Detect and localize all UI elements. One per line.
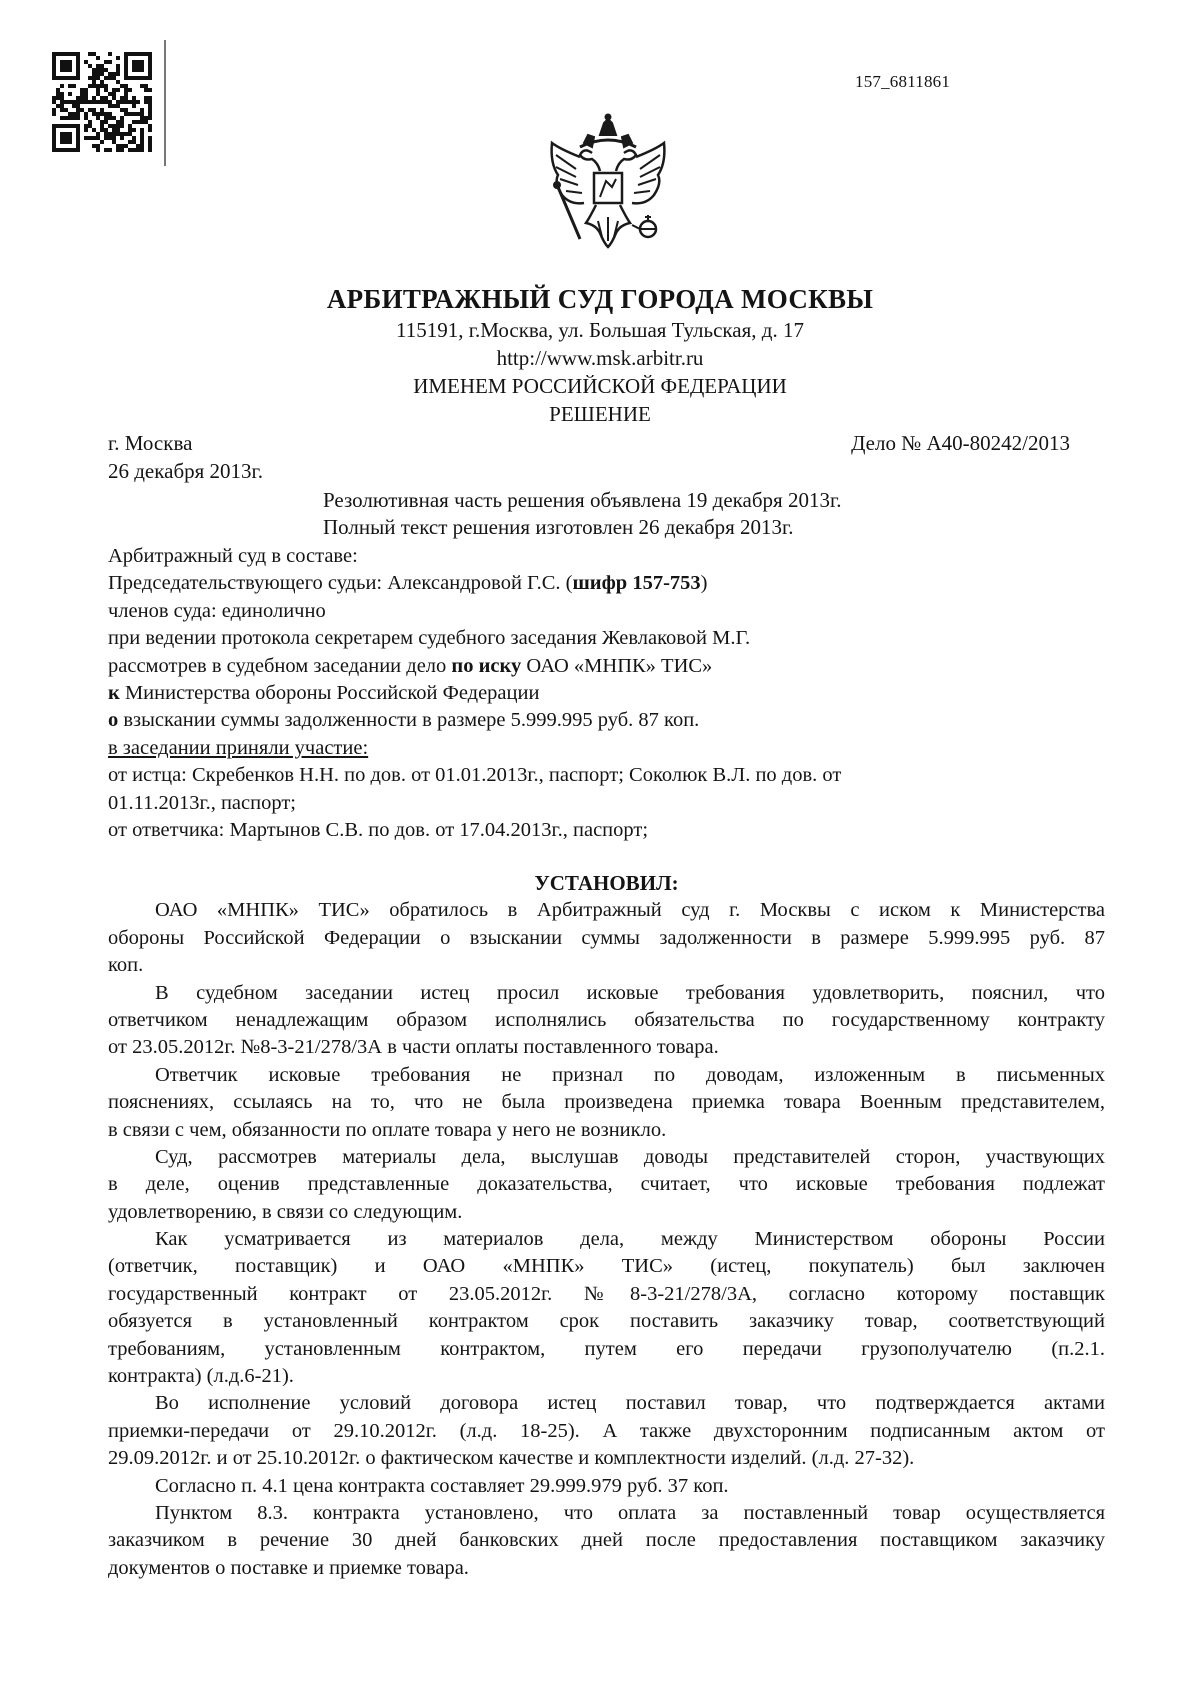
paragraph-line: В судебном заседании истец просил исковы… xyxy=(108,980,1105,1007)
in-name-of-federation: ИМЕНЕМ РОССИЙСКОЙ ФЕДЕРАЦИИ xyxy=(0,373,1200,400)
decision-date: 26 декабря 2013г. xyxy=(108,458,263,485)
court-address: 115191, г.Москва, ул. Большая Тульская, … xyxy=(0,317,1200,344)
paragraph: Согласно п. 4.1 цена контракта составляе… xyxy=(108,1473,1105,1500)
claim-line: рассмотрев в судебном заседании дело по … xyxy=(108,653,1105,680)
defendant-line: к Министерства обороны Российской Федера… xyxy=(108,680,1105,707)
qr-code-icon xyxy=(52,52,152,152)
paragraph-line: Ответчик исковые требования не признал п… xyxy=(108,1062,1105,1089)
paragraph-line: 29.09.2012г. и от 25.10.2012г. о фактиче… xyxy=(108,1445,1105,1472)
plaintiff-representatives: от истца: Скребенков Н.Н. по дов. от 01.… xyxy=(108,762,1105,789)
paragraph-line: коп. xyxy=(108,952,1105,979)
document-number: 157_6811861 xyxy=(855,72,950,92)
paragraph-line: обороны Российской Федерации о взыскании… xyxy=(108,925,1105,952)
defendant-representative: от ответчика: Мартынов С.В. по дов. от 1… xyxy=(108,817,1105,844)
court-composition-block: Арбитражный суд в составе: Председательс… xyxy=(108,543,1105,844)
paragraph-line: от 23.05.2012г. №8-3-21/278/3А в части о… xyxy=(108,1034,1105,1061)
paragraph: Пунктом 8.3. контракта установлено, что … xyxy=(108,1500,1105,1582)
plaintiff-representatives-cont: 01.11.2013г., паспорт; xyxy=(108,790,1105,817)
court-website: http://www.msk.arbitr.ru xyxy=(0,345,1200,372)
decision-body: УСТАНОВИЛ: ОАО «МНПК» ТИС» обратилось в … xyxy=(108,870,1105,1582)
paragraph-line: документов о поставке и приемке товара. xyxy=(108,1555,1105,1582)
document-type: РЕШЕНИЕ xyxy=(0,401,1200,428)
presiding-judge: Председательствующего судьи: Александров… xyxy=(108,570,1105,597)
paragraph: Во исполнение условий договора истец пос… xyxy=(108,1390,1105,1472)
paragraph-line: ответчиком ненадлежащим образом исполнял… xyxy=(108,1007,1105,1034)
paragraph-line: заказчиком в речение 30 дней банковских … xyxy=(108,1527,1105,1554)
paragraph: ОАО «МНПК» ТИС» обратилось в Арбитражный… xyxy=(108,897,1105,979)
paragraph-line: требованиям, установленным контрактом, п… xyxy=(108,1336,1105,1363)
court-members: членов суда: единолично xyxy=(108,598,1105,625)
subject-line: о взыскании суммы задолженности в размер… xyxy=(108,707,1105,734)
city: г. Москва xyxy=(108,430,192,457)
paragraph-line: Суд, рассмотрев материалы дела, выслушав… xyxy=(108,1144,1105,1171)
court-name: АРБИТРАЖНЫЙ СУД ГОРОДА МОСКВЫ xyxy=(0,284,1200,315)
secretary: при ведении протокола секретарем судебно… xyxy=(108,625,1105,652)
paragraph-line: обязуется в установленный контрактом сро… xyxy=(108,1308,1105,1335)
paragraph-line: ОАО «МНПК» ТИС» обратилось в Арбитражный… xyxy=(108,897,1105,924)
double-headed-eagle-icon xyxy=(540,113,676,263)
composition-label: Арбитражный суд в составе: xyxy=(108,543,1105,570)
paragraph-line: приемки-передачи от 29.10.2012г. (л.д. 1… xyxy=(108,1418,1105,1445)
paragraph: Суд, рассмотрев материалы дела, выслушав… xyxy=(108,1144,1105,1226)
established-heading: УСТАНОВИЛ: xyxy=(108,870,1105,897)
paragraph: Ответчик исковые требования не признал п… xyxy=(108,1062,1105,1144)
full-text-prepared: Полный текст решения изготовлен 26 декаб… xyxy=(323,514,794,541)
paragraph-line: удовлетворению, в связи со следующим. xyxy=(108,1199,1105,1226)
body-paragraphs: ОАО «МНПК» ТИС» обратилось в Арбитражный… xyxy=(108,897,1105,1582)
participants-heading: в заседании приняли участие: xyxy=(108,735,1105,762)
paragraph-line: в деле, оценив представленные доказатель… xyxy=(108,1171,1105,1198)
judge-code: шифр 157-753 xyxy=(572,572,700,594)
coat-of-arms-icon xyxy=(540,113,676,263)
qr-divider-line xyxy=(164,40,166,166)
paragraph: В судебном заседании истец просил исковы… xyxy=(108,980,1105,1062)
paragraph-line: пояснениях, ссылаясь на то, что не была … xyxy=(108,1089,1105,1116)
paragraph-line: Как усматривается из материалов дела, ме… xyxy=(108,1226,1105,1253)
paragraph-line: государственный контракт от 23.05.2012г.… xyxy=(108,1281,1105,1308)
paragraph-line: Пунктом 8.3. контракта установлено, что … xyxy=(108,1500,1105,1527)
paragraph-line: (ответчик, поставщик) и ОАО «МНПК» ТИС» … xyxy=(108,1253,1105,1280)
paragraph-line: контракта) (л.д.6-21). xyxy=(108,1363,1105,1390)
paragraph-line: Согласно п. 4.1 цена контракта составляе… xyxy=(108,1473,1105,1500)
paragraph-line: в связи с чем, обязанности по оплате тов… xyxy=(108,1117,1105,1144)
paragraph: Как усматривается из материалов дела, ме… xyxy=(108,1226,1105,1390)
operative-part-announced: Резолютивная часть решения объявлена 19 … xyxy=(323,487,841,514)
paragraph-line: Во исполнение условий договора истец пос… xyxy=(108,1390,1105,1417)
case-number: Дело № А40-80242/2013 xyxy=(830,430,1070,457)
